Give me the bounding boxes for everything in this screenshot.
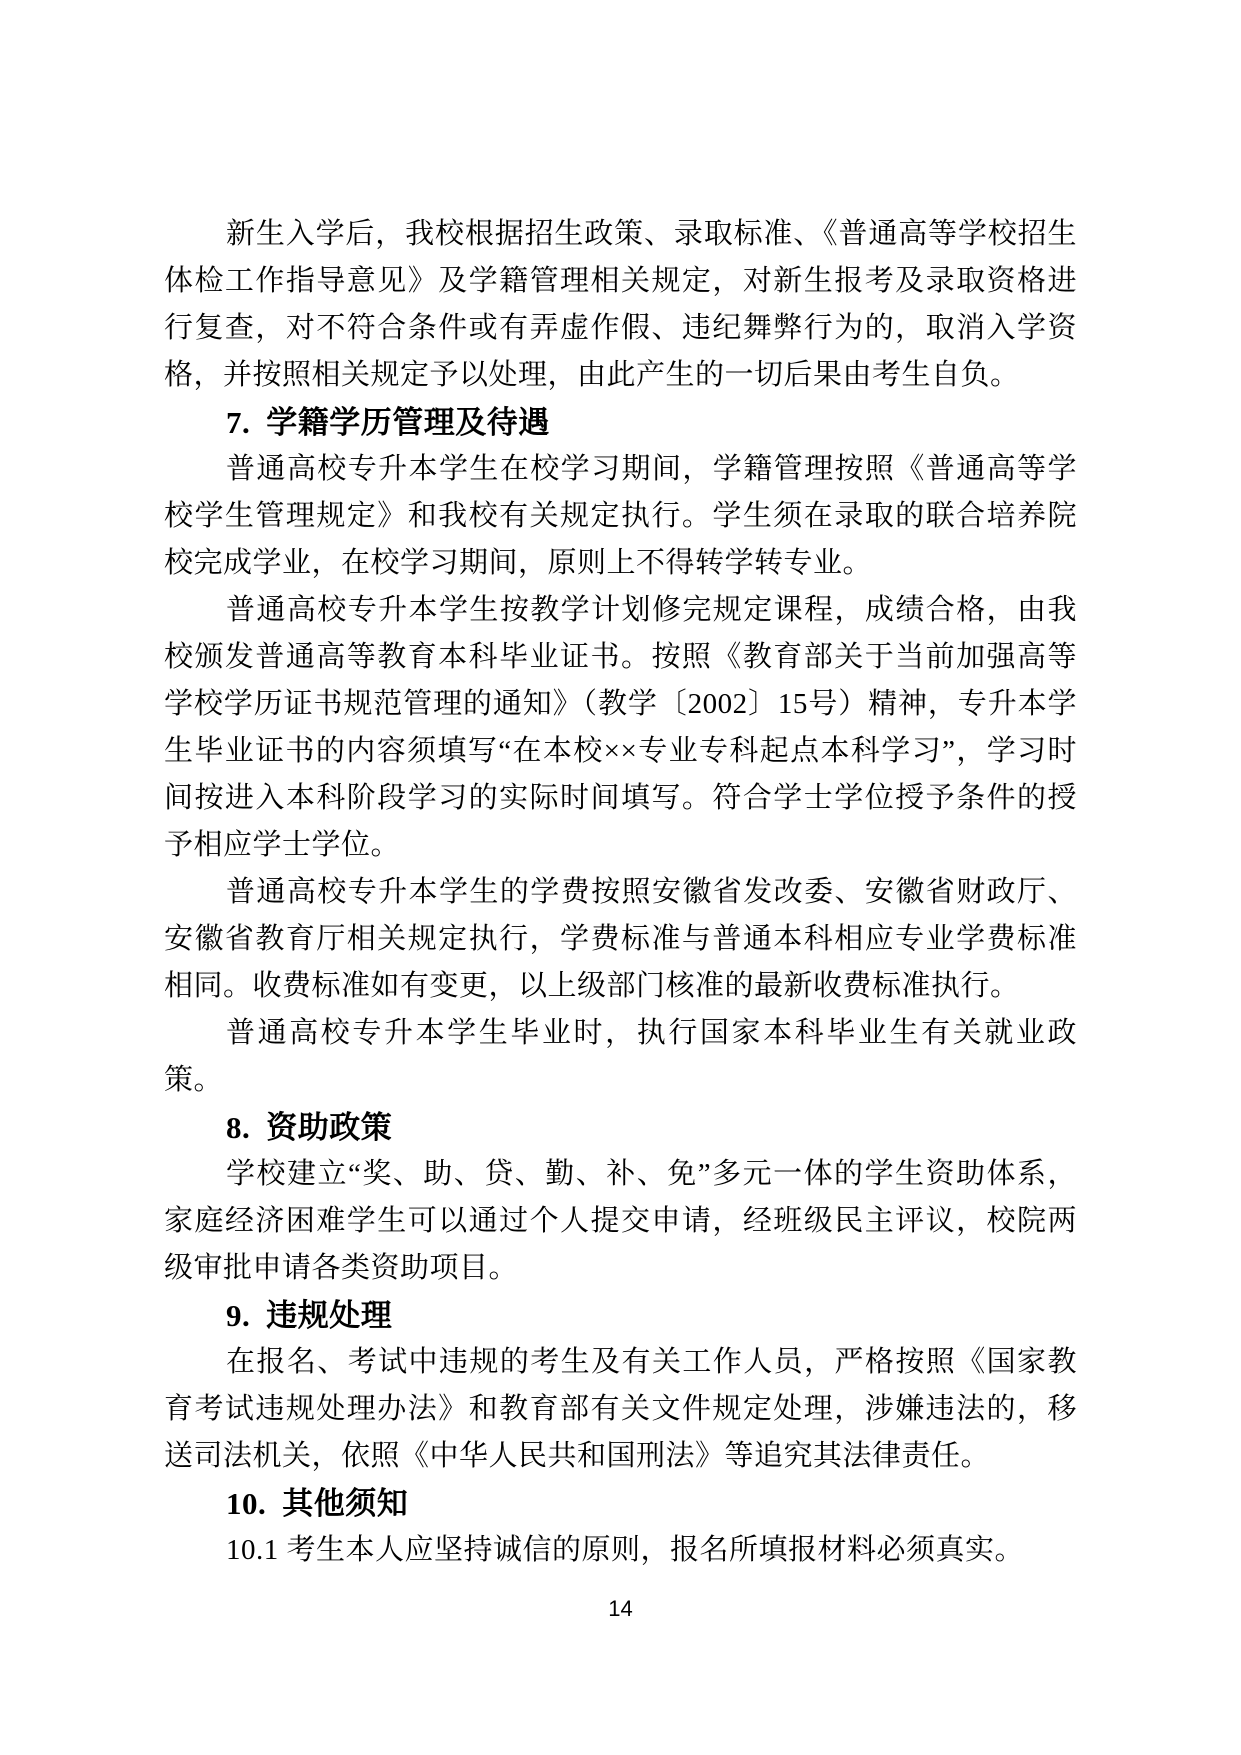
para-diploma-issuance: 普通高校专升本学生按教学计划修完规定课程，成绩合格，由我校颁发普通高等教育本科毕… <box>164 587 1077 869</box>
document-body: 新生入学后，我校根据招生政策、录取标准、《普通高等学校招生体检工作指导意见》及学… <box>164 211 1077 1574</box>
heading-title: 其他须知 <box>282 1486 408 1521</box>
para-status-management: 普通高校专升本学生在校学习期间，学籍管理按照《普通高等学校学生管理规定》和我校有… <box>164 446 1077 587</box>
heading-8-financial-aid: 8.资助政策 <box>164 1104 1077 1151</box>
para-violation-handling: 在报名、考试中违规的考生及有关工作人员，严格按照《国家教育考试违规处理办法》和教… <box>164 1339 1077 1480</box>
para-10-1-integrity: 10.1 考生本人应坚持诚信的原则，报名所填报材料必须真实。 <box>164 1527 1077 1574</box>
page-number: 14 <box>0 1596 1241 1622</box>
heading-9-violation-handling: 9.违规处理 <box>164 1292 1077 1339</box>
heading-number: 7. <box>226 405 250 440</box>
heading-10-other-notes: 10.其他须知 <box>164 1480 1077 1527</box>
para-employment-policy: 普通高校专升本学生毕业时，执行国家本科毕业生有关就业政策。 <box>164 1010 1077 1104</box>
para-admission-recheck: 新生入学后，我校根据招生政策、录取标准、《普通高等学校招生体检工作指导意见》及学… <box>164 211 1077 399</box>
heading-7-status-management: 7.学籍学历管理及待遇 <box>164 399 1077 446</box>
para-financial-aid-system: 学校建立“奖、助、贷、勤、补、免”多元一体的学生资助体系，家庭经济困难学生可以通… <box>164 1151 1077 1292</box>
para-tuition-standards: 普通高校专升本学生的学费按照安徽省发改委、安徽省财政厅、安徽省教育厅相关规定执行… <box>164 869 1077 1010</box>
heading-title: 资助政策 <box>266 1110 392 1145</box>
heading-number: 8. <box>226 1110 250 1145</box>
heading-title: 违规处理 <box>266 1298 392 1333</box>
heading-number: 9. <box>226 1298 250 1333</box>
heading-number: 10. <box>226 1486 266 1521</box>
document-page: 新生入学后，我校根据招生政策、录取标准、《普通高等学校招生体检工作指导意见》及学… <box>0 0 1241 1755</box>
heading-title: 学籍学历管理及待遇 <box>266 405 550 440</box>
